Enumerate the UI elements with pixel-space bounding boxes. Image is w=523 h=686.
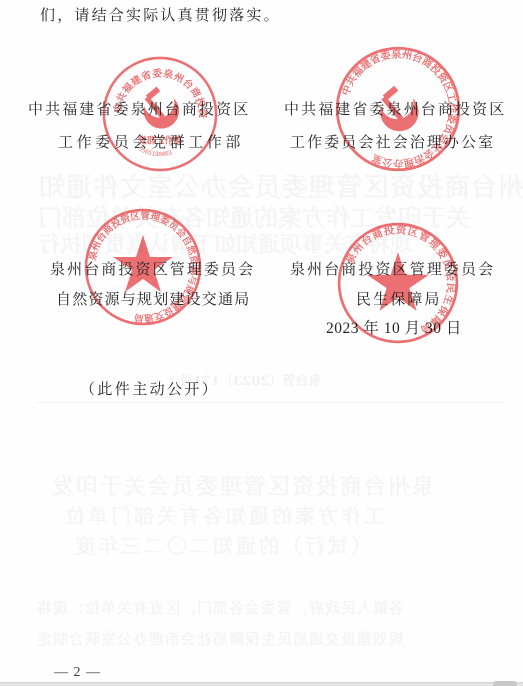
signatory-2-line-1: 中共福建省委泉州台商投资区 (284, 100, 506, 118)
bleed-through-text: （试行）的通知二〇二三年度 (72, 530, 371, 559)
disclosure-note: （此件主动公开） (80, 380, 219, 398)
bleed-through-rule (36, 402, 506, 403)
scrollbar-thumb[interactable] (493, 681, 517, 686)
bleed-through-text: 各镇人民政府，管委会各部门，区直有关单位：现将 (36, 597, 404, 618)
signatory-2-line-2: 工作委员会社会治理办公室 (290, 133, 495, 151)
closing-line: 们，请结合实际认真贯彻落实。 (40, 6, 281, 24)
document-page: 泉州台商投资区管理委员会办公室文件通知 关于印发工作方案的通知各有关单位部门 现… (0, 0, 523, 682)
bleed-through-text: 泉州台商投资区管理委员会关于印发 (50, 470, 434, 501)
signatory-4-line-2: 民生保障局 (356, 290, 442, 308)
page-number: — 2 — (54, 665, 101, 681)
signatory-3-line-2: 自然资源与规划建设交通局 (56, 290, 250, 308)
bleed-through-text: 工作方案的通知各有关部门单位 (62, 500, 384, 529)
issue-date: 2023 年 10 月 30 日 (326, 320, 462, 338)
bleed-through-text: 规划建设交通局民生保障局社会治理办公室联合制定 (36, 628, 404, 649)
signatory-3-line-1: 泉州台商投资区管理委员会 (50, 260, 255, 278)
signatory-1-line-1: 中共福建省委泉州台商投资区 (28, 100, 250, 118)
signatory-1-line-2: 工作委员会党群工作部 (58, 133, 244, 151)
horizontal-scrollbar[interactable] (0, 682, 523, 686)
signatory-4-line-1: 泉州台商投资区管理委员会 (290, 260, 495, 278)
